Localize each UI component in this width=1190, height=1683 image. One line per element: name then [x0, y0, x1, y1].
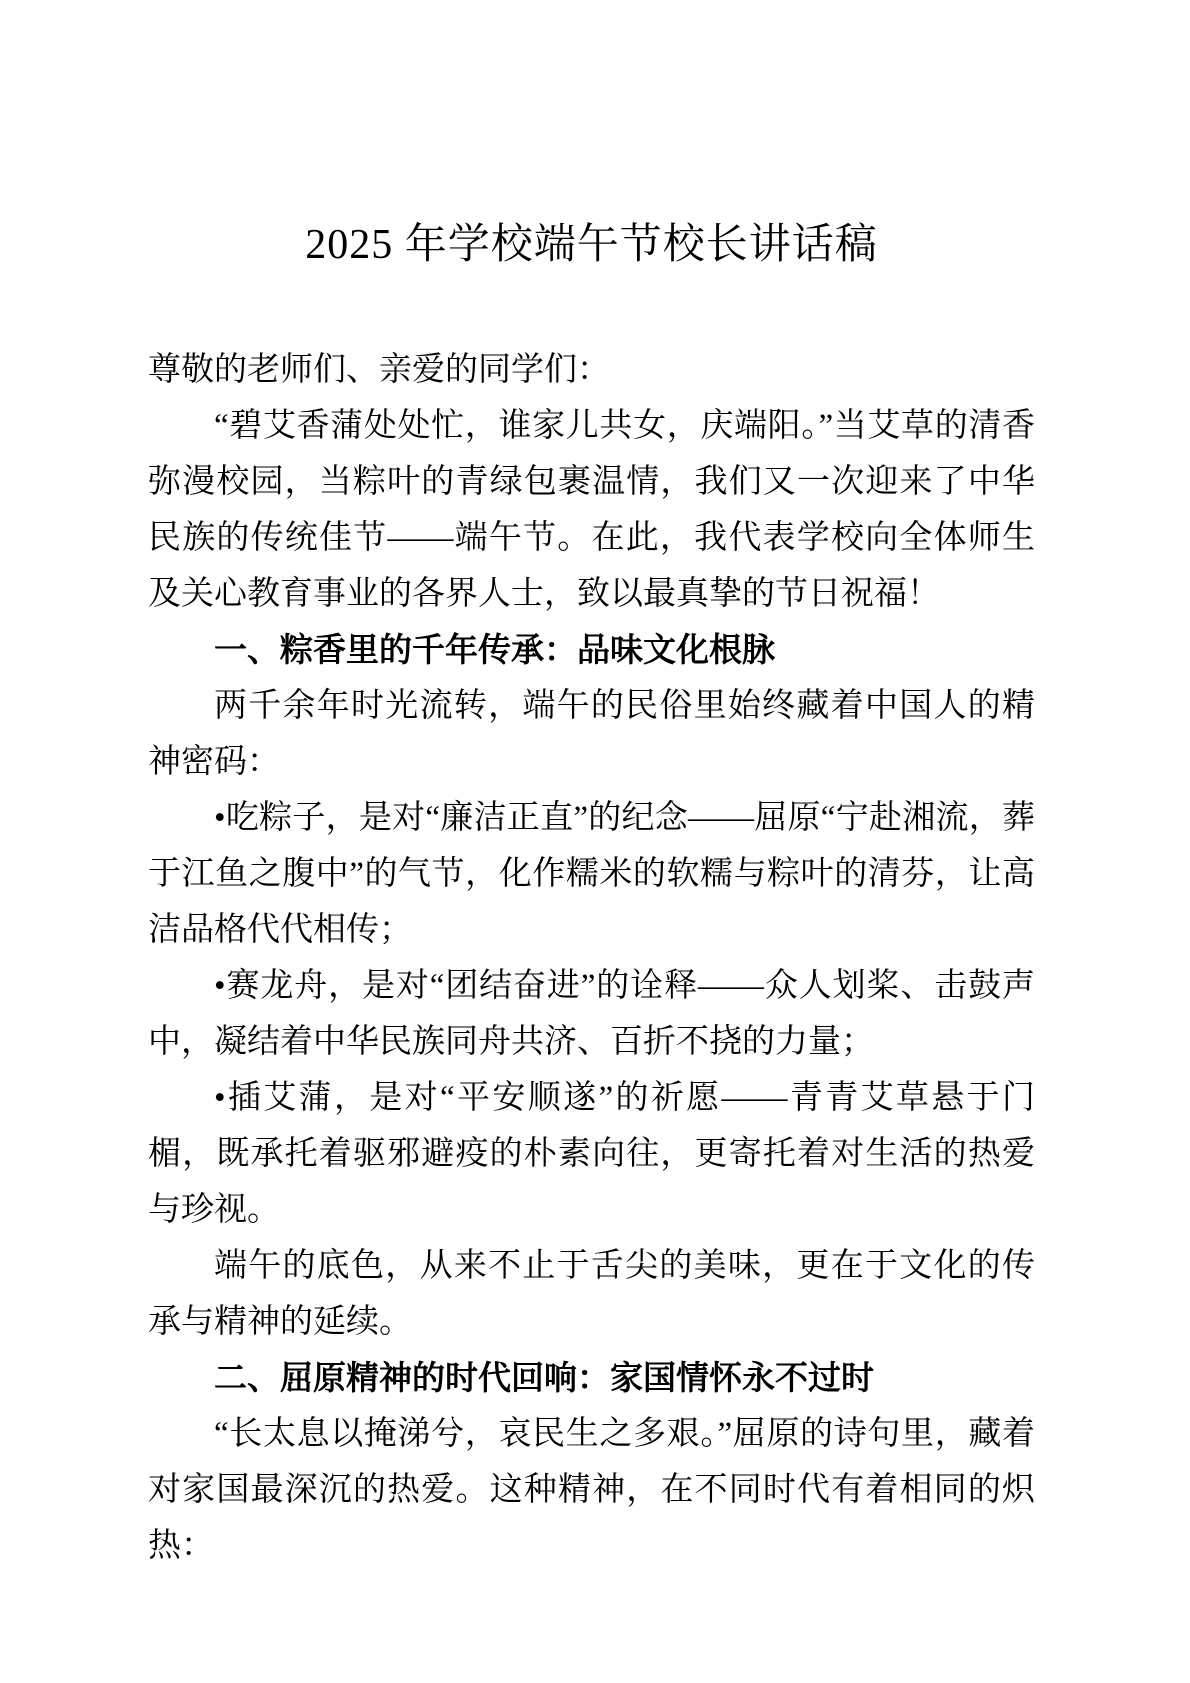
bullet-icon: •	[214, 1080, 226, 1116]
bullet-item-dragonboat: •赛龙舟，是对“团结奋进”的诠释——众人划桨、击鼓声中，凝结着中华民族同舟共济、…	[148, 958, 1035, 1070]
section-heading-2: 二、屈原精神的时代回响：家国情怀永不过时	[148, 1350, 1035, 1406]
bullet-icon: •	[214, 968, 226, 1004]
bullet-text: 吃粽子，是对“廉洁正直”的纪念——屈原“宁赴湘流，葬于江鱼之腹中”的气节，化作糯…	[148, 800, 1035, 948]
bullet-item-zongzi: •吃粽子，是对“廉洁正直”的纪念——屈原“宁赴湘流，葬于江鱼之腹中”的气节，化作…	[148, 790, 1035, 958]
salutation-line: 尊敬的老师们、亲爱的同学们：	[148, 342, 1035, 398]
section-heading-1: 一、粽香里的千年传承：品味文化根脉	[148, 622, 1035, 678]
bullet-icon: •	[214, 800, 226, 836]
paragraph-customs-intro: 两千余年时光流转，端午的民俗里始终藏着中国人的精神密码：	[148, 678, 1035, 790]
bullet-text: 赛龙舟，是对“团结奋进”的诠释——众人划桨、击鼓声中，凝结着中华民族同舟共济、百…	[148, 968, 1035, 1060]
bullet-text: 插艾蒲，是对“平安顺遂”的祈愿——青青艾草悬于门楣，既承托着驱邪避疫的朴素向往，…	[148, 1080, 1035, 1228]
page-title: 2025 年学校端午节校长讲话稿	[148, 216, 1035, 274]
opening-paragraph: “碧艾香蒲处处忙，谁家儿共女，庆端阳。”当艾草的清香弥漫校园，当粽叶的青绿包裹温…	[148, 398, 1035, 622]
document-page: 2025 年学校端午节校长讲话稿 尊敬的老师们、亲爱的同学们： “碧艾香蒲处处忙…	[0, 0, 1190, 1683]
bullet-item-mugwort: •插艾蒲，是对“平安顺遂”的祈愿——青青艾草悬于门楣，既承托着驱邪避疫的朴素向往…	[148, 1070, 1035, 1238]
document-body: 尊敬的老师们、亲爱的同学们： “碧艾香蒲处处忙，谁家儿共女，庆端阳。”当艾草的清…	[148, 342, 1035, 1574]
paragraph-culture-conclusion: 端午的底色，从来不止于舌尖的美味，更在于文化的传承与精神的延续。	[148, 1238, 1035, 1350]
paragraph-quyuan-spirit: “长太息以掩涕兮，哀民生之多艰。”屈原的诗句里，藏着对家国最深沉的热爱。这种精神…	[148, 1406, 1035, 1574]
